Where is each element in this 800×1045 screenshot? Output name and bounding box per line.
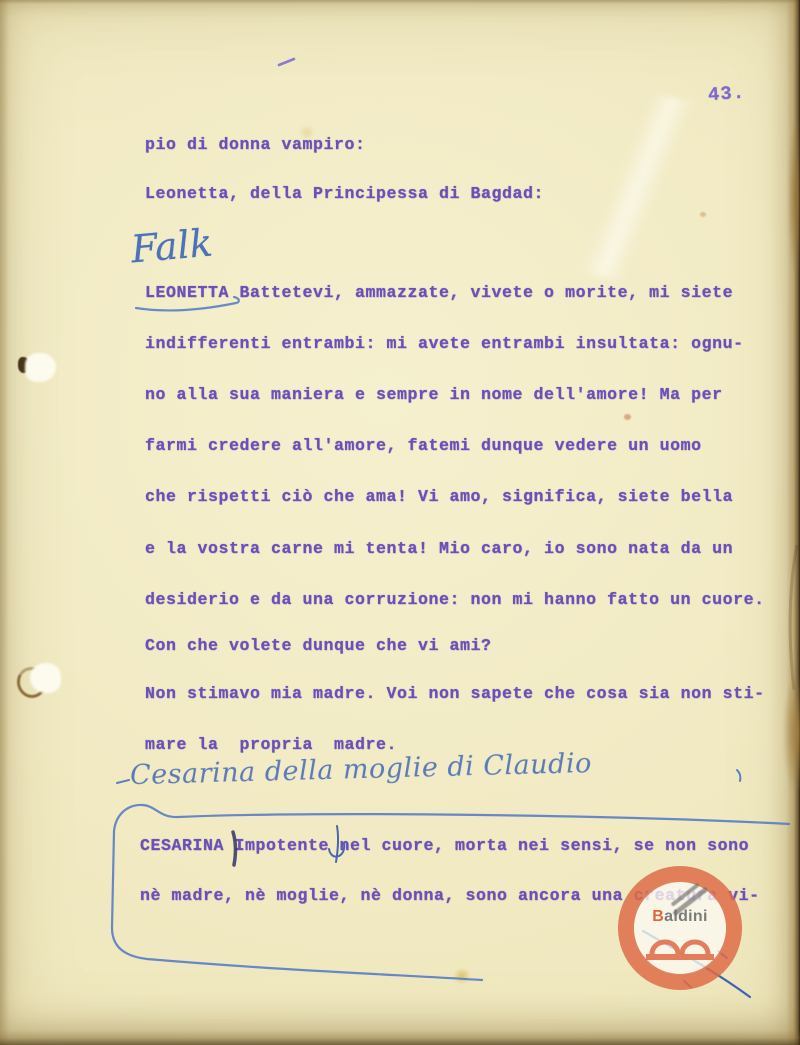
typed-line: mare la propria madre. (145, 736, 397, 754)
watermark-ring-icon (618, 866, 742, 990)
pen-dash-top (279, 59, 294, 65)
hole-shadow (18, 357, 30, 373)
pen-dash-note (117, 780, 129, 783)
typed-line: Non stimavo mia madre. Voi non sapete ch… (145, 685, 765, 703)
hole-gap (25, 353, 56, 382)
watermark-rest: aldini (664, 908, 708, 925)
handwritten-name-falk: Falk (129, 221, 214, 272)
typed-line: farmi credere all'amore, fatemi dunque v… (145, 437, 702, 455)
typed-line: CESARINA Impotente nel cuore, morta nei … (140, 837, 749, 855)
paper-edge-left (0, 0, 9, 1045)
paper-stain (452, 969, 472, 983)
pen-tick-note (737, 770, 740, 781)
typed-line: che rispetti ciò che ama! Vi amo, signif… (145, 488, 733, 506)
hole-gap (30, 663, 61, 693)
watermark-initial: B (652, 908, 664, 925)
typed-line: pio di donna vampiro: (145, 136, 366, 154)
paper-crease (790, 545, 797, 690)
punch-hole (16, 658, 66, 704)
punch-hole (16, 348, 60, 388)
paper-edge-bottom (0, 1030, 800, 1045)
baldini-watermark: Baldini (618, 866, 742, 990)
pen-diagonal-line (643, 931, 750, 997)
paper-streak (542, 78, 733, 296)
typed-line: desiderio e da una corruzione: non mi ha… (145, 591, 765, 609)
handwritten-scene-note: Cesarina della moglie di Claudio (130, 748, 592, 791)
typed-line: indifferenti entrambi: mi avete entrambi… (145, 335, 744, 353)
typed-line: no alla sua maniera e sempre in nome del… (145, 386, 723, 404)
hole-shadow (13, 664, 49, 701)
typed-line: LEONETTA Battetevi, ammazzate, vivete o … (145, 284, 733, 302)
pen-ticks (684, 951, 727, 987)
paper-speck (624, 414, 631, 420)
page-number: 43. (707, 82, 746, 107)
typed-line: Leonetta, della Principessa di Bagdad: (145, 185, 544, 203)
typed-line: e la vostra carne mi tenta! Mio caro, io… (145, 540, 733, 558)
watermark-name: Baldini (618, 908, 742, 926)
open-book-icon (644, 926, 716, 964)
manuscript-page: 43. pio di donna vampiro: Leonetta, dell… (0, 0, 800, 1045)
paper-speck (700, 212, 706, 217)
paper-edge-blotch (788, 118, 799, 278)
typed-line: nè madre, nè moglie, nè donna, sono anco… (140, 887, 760, 905)
paper-edge-right (786, 0, 800, 1045)
paper-edge-top (0, 0, 800, 4)
paper-edge-blotch (783, 676, 800, 791)
typed-line: Con che volete dunque che vi ami? (145, 637, 492, 655)
